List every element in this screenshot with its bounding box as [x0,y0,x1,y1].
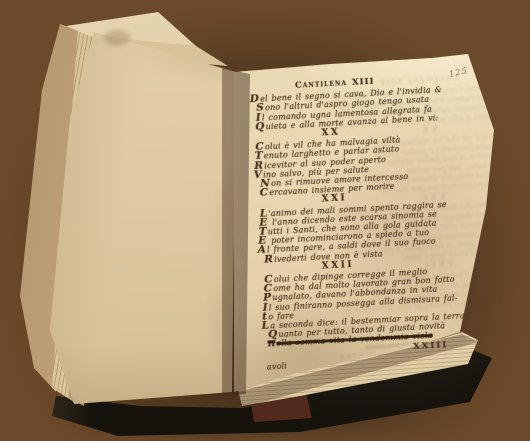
versal-initial: n [267,338,275,350]
versal-initial: Q [255,120,265,132]
versal-initial: C [259,187,268,199]
left-page-ink-smudge [104,30,130,46]
photo-scene: Cantilena XIIIDel bene il segno si cava,… [0,0,530,441]
manuscript-text-block: Cantilena XIIIDel bene il segno si cava,… [252,73,479,372]
versal-initial: R [264,253,274,265]
